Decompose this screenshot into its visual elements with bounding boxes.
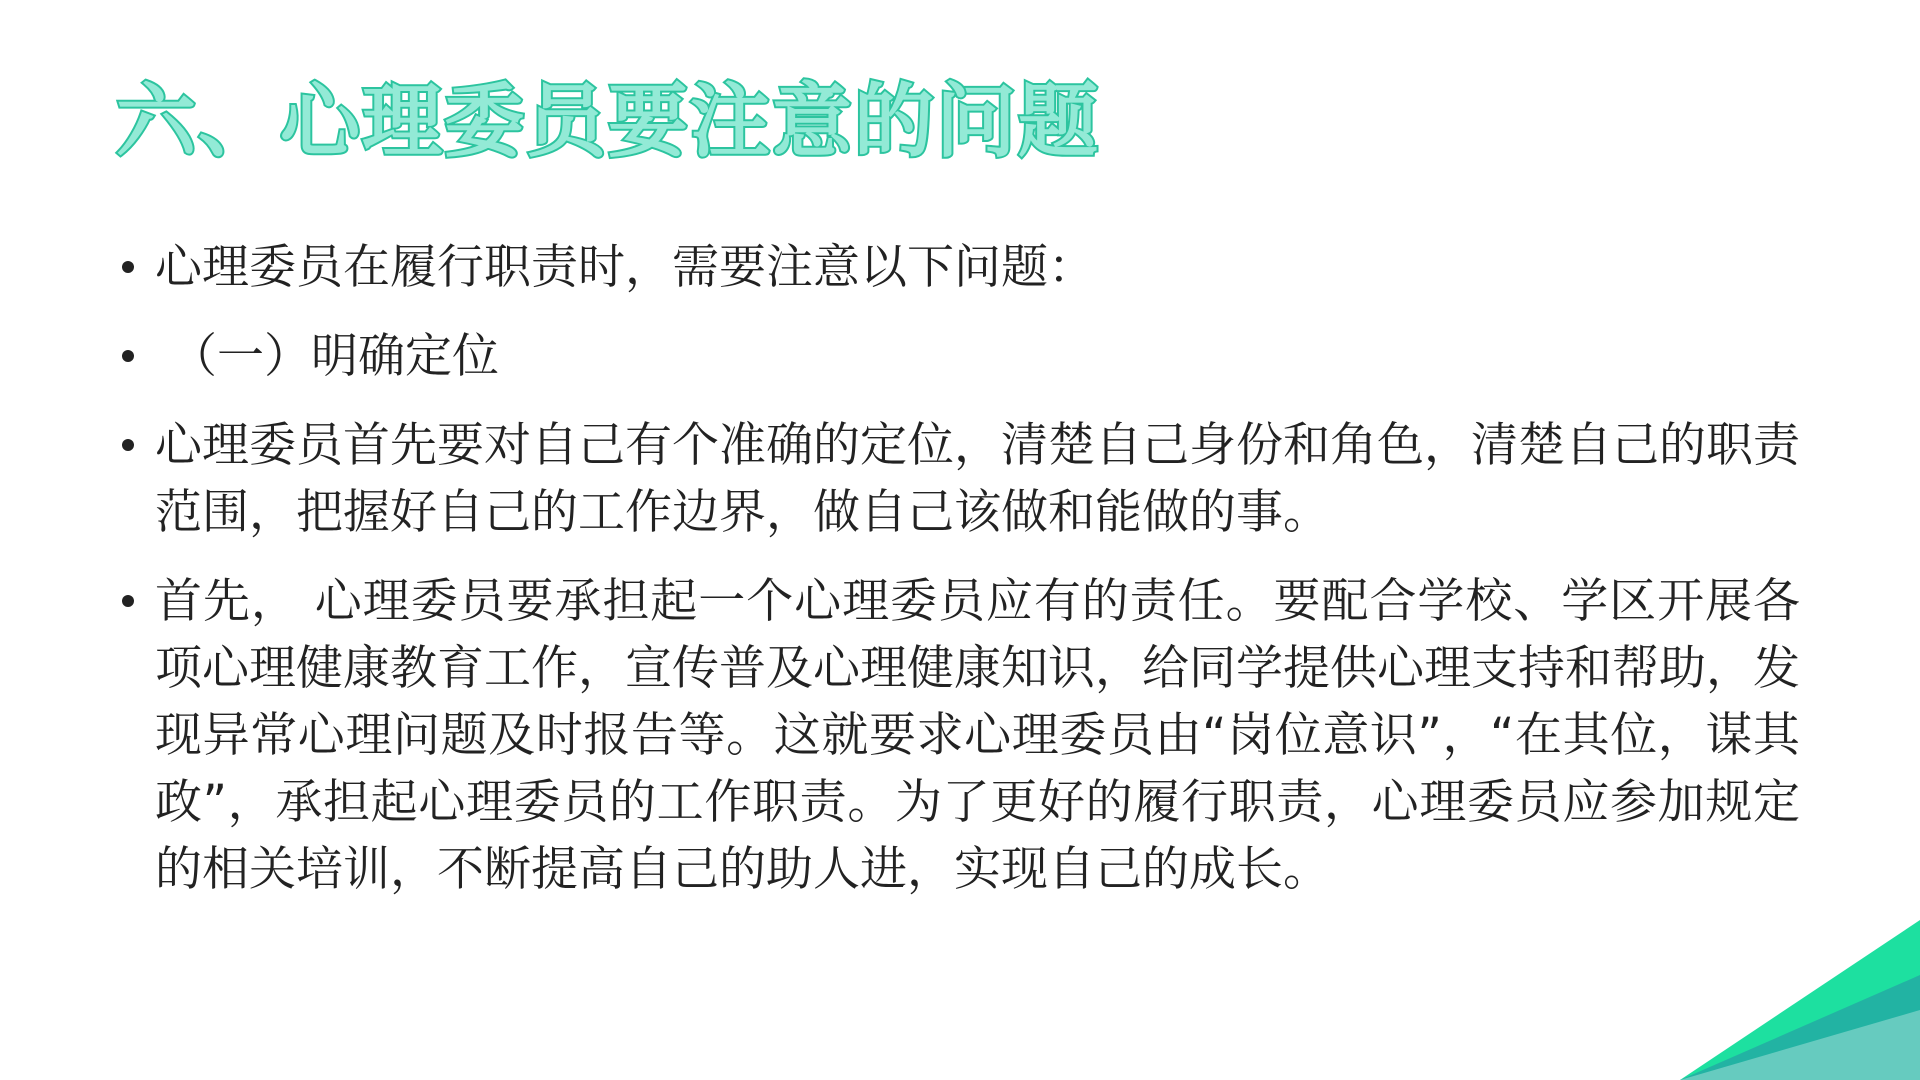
bullet-item: 心理委员在履行职责时，需要注意以下问题： bbox=[110, 234, 1800, 301]
slide: 六、心理委员要注意的问题 心理委员在履行职责时，需要注意以下问题： （一）明确定… bbox=[0, 0, 1920, 1080]
bullet-item: 首先， 心理委员要承担起一个心理委员应有的责任。要配合学校、学区开展各项心理健康… bbox=[110, 568, 1800, 903]
bullet-text: 首先， 心理委员要承担起一个心理委员应有的责任。要配合学校、学区开展各项心理健康… bbox=[155, 574, 1800, 897]
slide-title: 六、心理委员要注意的问题 bbox=[116, 72, 1100, 172]
bullet-text: 心理委员在履行职责时，需要注意以下问题： bbox=[155, 240, 1095, 295]
bullet-dot-icon bbox=[122, 261, 134, 273]
bullet-dot-icon bbox=[122, 350, 134, 362]
bullet-text: （一）明确定位 bbox=[155, 329, 499, 384]
bullet-dot-icon bbox=[122, 595, 134, 607]
bullet-dot-icon bbox=[122, 439, 134, 451]
bullet-item: 心理委员首先要对自己有个准确的定位，清楚自己身份和角色，清楚自己的职责范围，把握… bbox=[110, 412, 1800, 546]
bullet-text: 心理委员首先要对自己有个准确的定位，清楚自己身份和角色，清楚自己的职责范围，把握… bbox=[155, 418, 1800, 540]
bullet-list: 心理委员在履行职责时，需要注意以下问题： （一）明确定位 心理委员首先要对自己有… bbox=[110, 234, 1800, 925]
corner-decoration-icon bbox=[1680, 910, 1920, 1080]
bullet-item: （一）明确定位 bbox=[110, 323, 1800, 390]
